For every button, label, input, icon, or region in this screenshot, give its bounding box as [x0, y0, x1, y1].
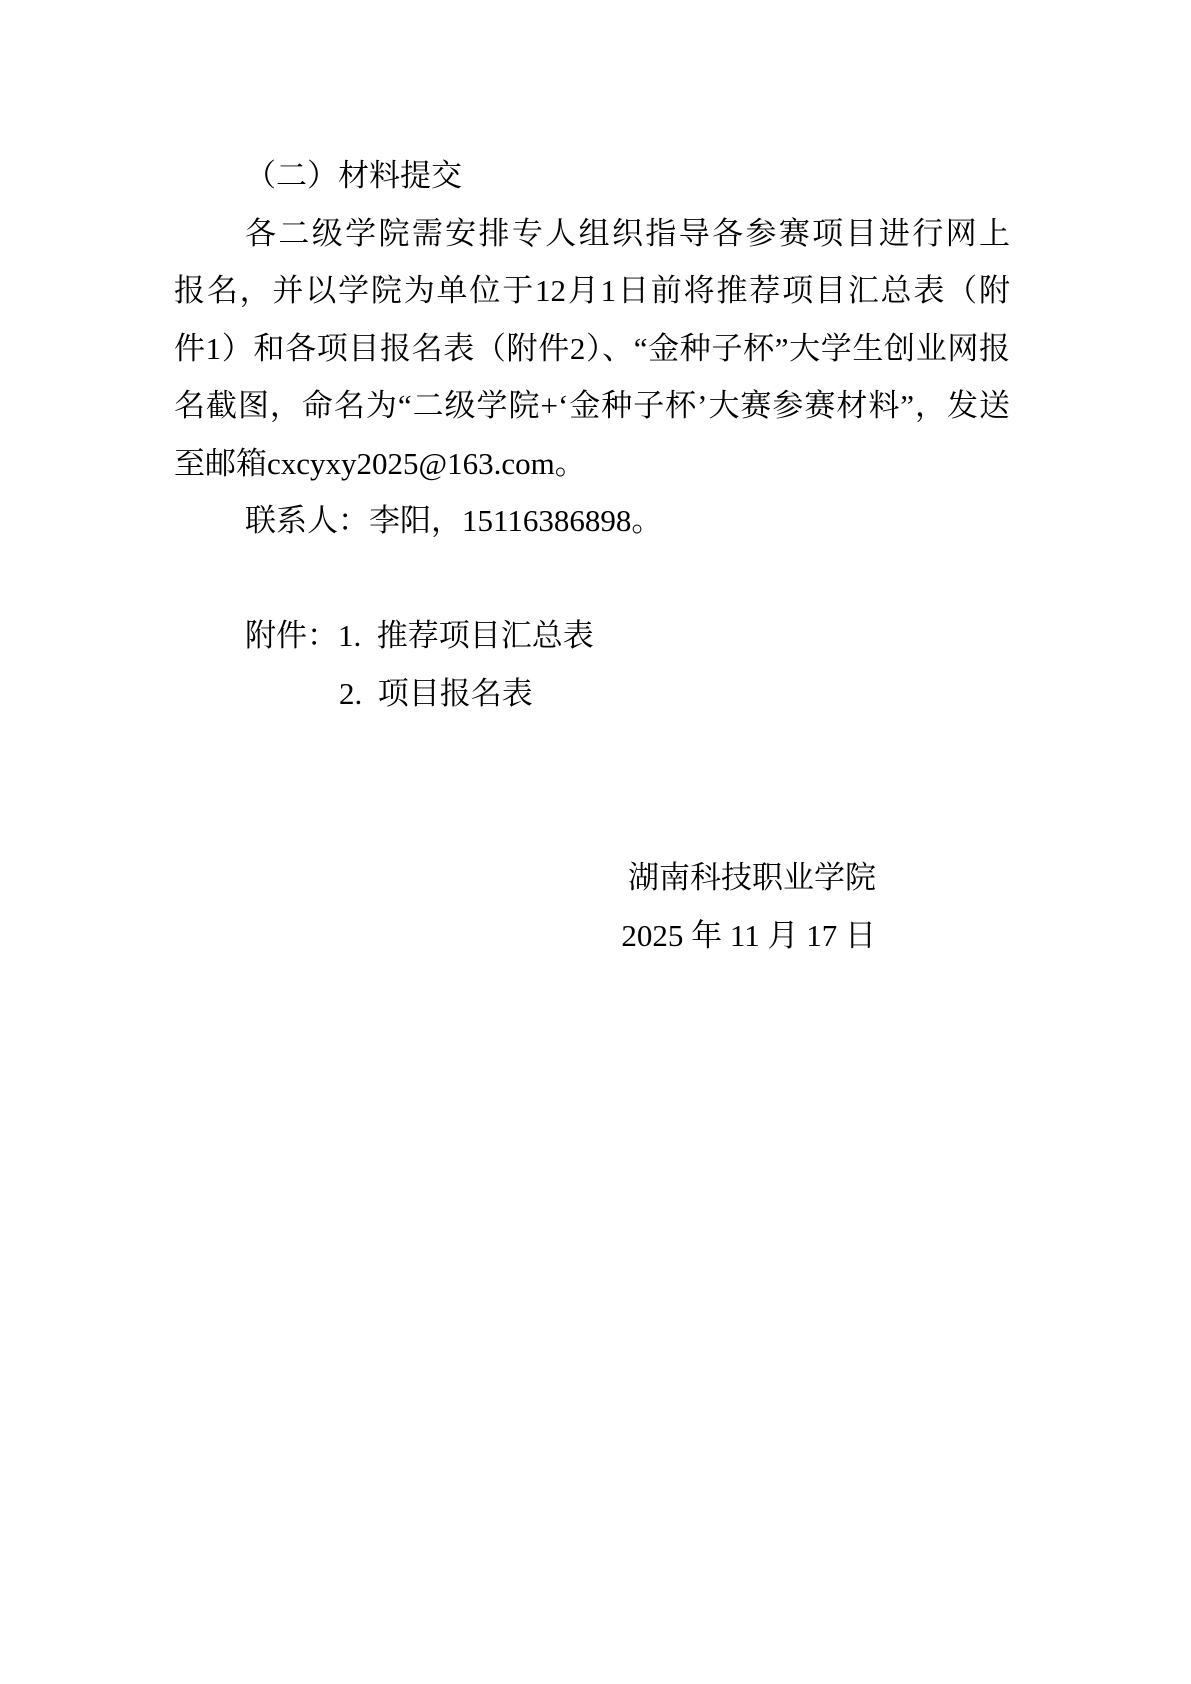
section-heading: （二）材料提交	[174, 147, 1010, 205]
blank-line	[174, 780, 1010, 838]
paragraph-line: 名截图，命名为“二级学院+‘金种子杯’大赛参赛材料”，发送	[174, 377, 1010, 435]
attachments-line-1: 附件：1. 推荐项目汇总表	[174, 607, 1010, 665]
contact-line: 联系人：李阳，15116386898。	[174, 492, 1010, 550]
signature-date: 2025 年 11 月 17 日	[174, 907, 876, 965]
signature-organization: 湖南科技职业学院	[174, 849, 876, 907]
signature-block: 湖南科技职业学院 2025 年 11 月 17 日	[174, 849, 1010, 964]
document-page: （二）材料提交 各二级学院需安排专人组织指导各参赛项目进行网上 报名，并以学院为…	[0, 0, 1191, 1684]
document-body: （二）材料提交 各二级学院需安排专人组织指导各参赛项目进行网上 报名，并以学院为…	[174, 147, 1010, 964]
paragraph-line: 报名，并以学院为单位于12月1日前将推荐项目汇总表（附	[174, 262, 1010, 320]
paragraph-line: 件1）和各项目报名表（附件2）、“金种子杯”大学生创业网报	[174, 320, 1010, 378]
paragraph-line-email: 至邮箱cxcyxy2025@163.com。	[174, 435, 1010, 493]
paragraph-line: 各二级学院需安排专人组织指导各参赛项目进行网上	[174, 205, 1010, 263]
blank-line	[174, 722, 1010, 780]
attachments-line-2: 2. 项目报名表	[174, 665, 1010, 723]
blank-line	[174, 550, 1010, 608]
